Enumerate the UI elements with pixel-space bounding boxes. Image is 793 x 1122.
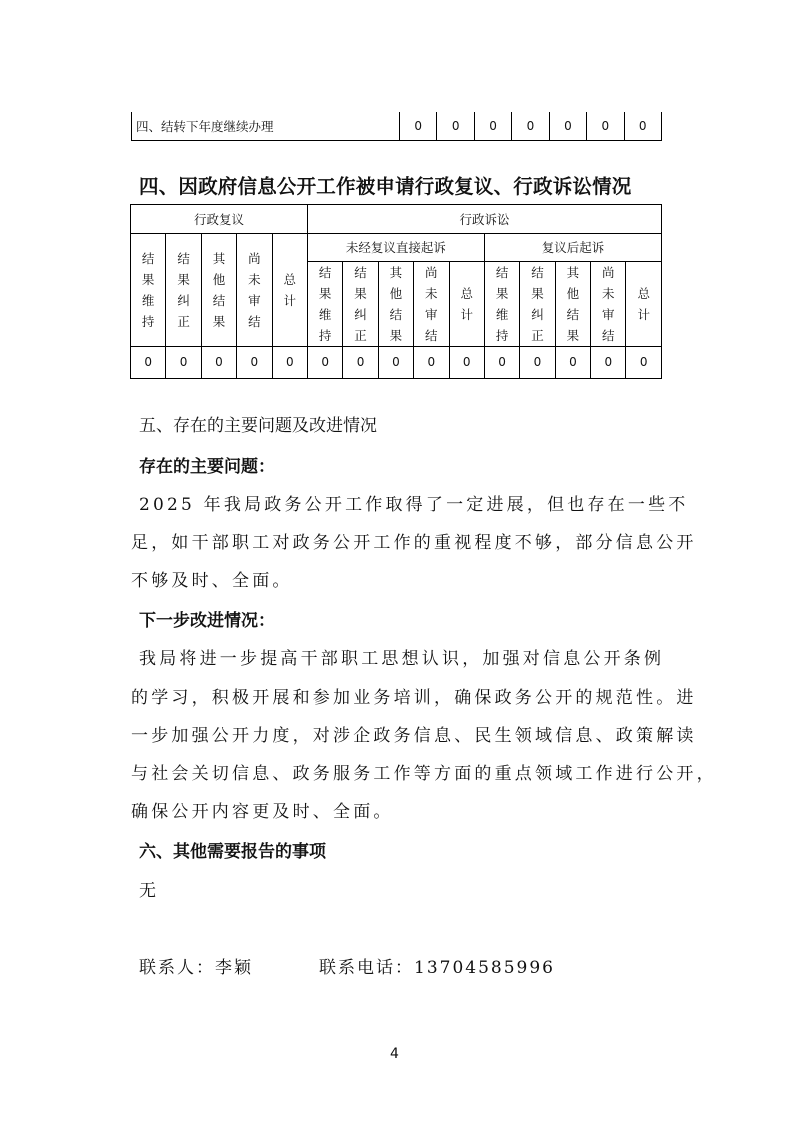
body-line: 不够及时、全面。 [131,566,293,591]
table-cell: 0 [414,347,449,379]
table-cell: 0 [272,347,307,379]
col-header: 结果维持 [307,262,342,347]
review-litigation-table: 行政复议 行政诉讼 结果维持 结果纠正 其他结果 尚未审结 总计 未经复议直接起… [130,204,662,379]
table-cell: 0 [555,347,590,379]
section6-content: 无 [139,876,156,901]
col-header: 结果维持 [484,262,519,347]
carryover-label: 四、结转下年度继续办理 [132,112,400,140]
table-cell: 0 [307,347,342,379]
col-header: 其他结果 [555,262,590,347]
carryover-value: 0 [625,112,661,140]
carryover-row: 四、结转下年度继续办理 0 0 0 0 0 0 0 [131,112,662,141]
col-header: 尚未审结 [237,234,272,347]
section5-title: 五、存在的主要问题及改进情况 [139,411,377,436]
table-cell: 0 [626,347,662,379]
contact-person: 联系人：李颖 [139,953,253,978]
table-cell: 0 [484,347,519,379]
header-admin-review: 行政复议 [131,205,308,234]
table-cell: 0 [201,347,236,379]
table-cell: 0 [343,347,378,379]
page-number: 4 [390,1046,399,1062]
body-line: 一步加强公开力度，对涉企政务信息、民生领域信息、政策解读 [131,721,697,746]
col-header: 结果纠正 [343,262,378,347]
carryover-value: 0 [475,112,512,140]
col-header: 其他结果 [378,262,413,347]
col-header: 总计 [449,262,484,347]
section6-title: 六、其他需要报告的事项 [139,837,326,862]
table-cell: 0 [166,347,201,379]
header-after-review-suit: 复议后起诉 [484,234,661,262]
table-cell: 0 [449,347,484,379]
carryover-value: 0 [512,112,549,140]
col-header: 总计 [626,262,662,347]
section4-title: 四、因政府信息公开工作被申请行政复议、行政诉讼情况 [139,171,632,199]
col-header: 其他结果 [201,234,236,347]
body-line: 的学习，积极开展和参加业务培训，确保政务公开的规范性。进 [131,683,697,708]
carryover-value: 0 [550,112,587,140]
table-cell: 0 [591,347,626,379]
table-cell: 0 [520,347,555,379]
body-line: 确保公开内容更及时、全面。 [131,797,394,822]
improve-heading: 下一步改进情况： [139,606,275,631]
col-header: 结果纠正 [166,234,201,347]
problems-heading: 存在的主要问题： [139,452,275,477]
col-header: 结果维持 [131,234,166,347]
table-cell: 0 [237,347,272,379]
carryover-value: 0 [400,112,437,140]
col-header: 结果纠正 [520,262,555,347]
header-direct-suit: 未经复议直接起诉 [307,234,484,262]
col-header: 总计 [272,234,307,347]
table-cell: 0 [378,347,413,379]
col-header: 尚未审结 [591,262,626,347]
body-line: 足，如干部职工对政务公开工作的重视程度不够，部分信息公开 [131,528,697,553]
body-line: 2025 年我局政务公开工作取得了一定进展，但也存在一些不 [139,490,688,515]
carryover-value: 0 [587,112,624,140]
col-header: 尚未审结 [414,262,449,347]
body-line: 与社会关切信息、政务服务工作等方面的重点领域工作进行公开， [131,759,717,784]
carryover-value: 0 [437,112,474,140]
body-line: 我局将进一步提高干部职工思想认识，加强对信息公开条例 [139,644,664,669]
table-cell: 0 [131,347,166,379]
contact-phone: 联系电话：13704585996 [319,953,555,978]
header-admin-litigation: 行政诉讼 [307,205,661,234]
